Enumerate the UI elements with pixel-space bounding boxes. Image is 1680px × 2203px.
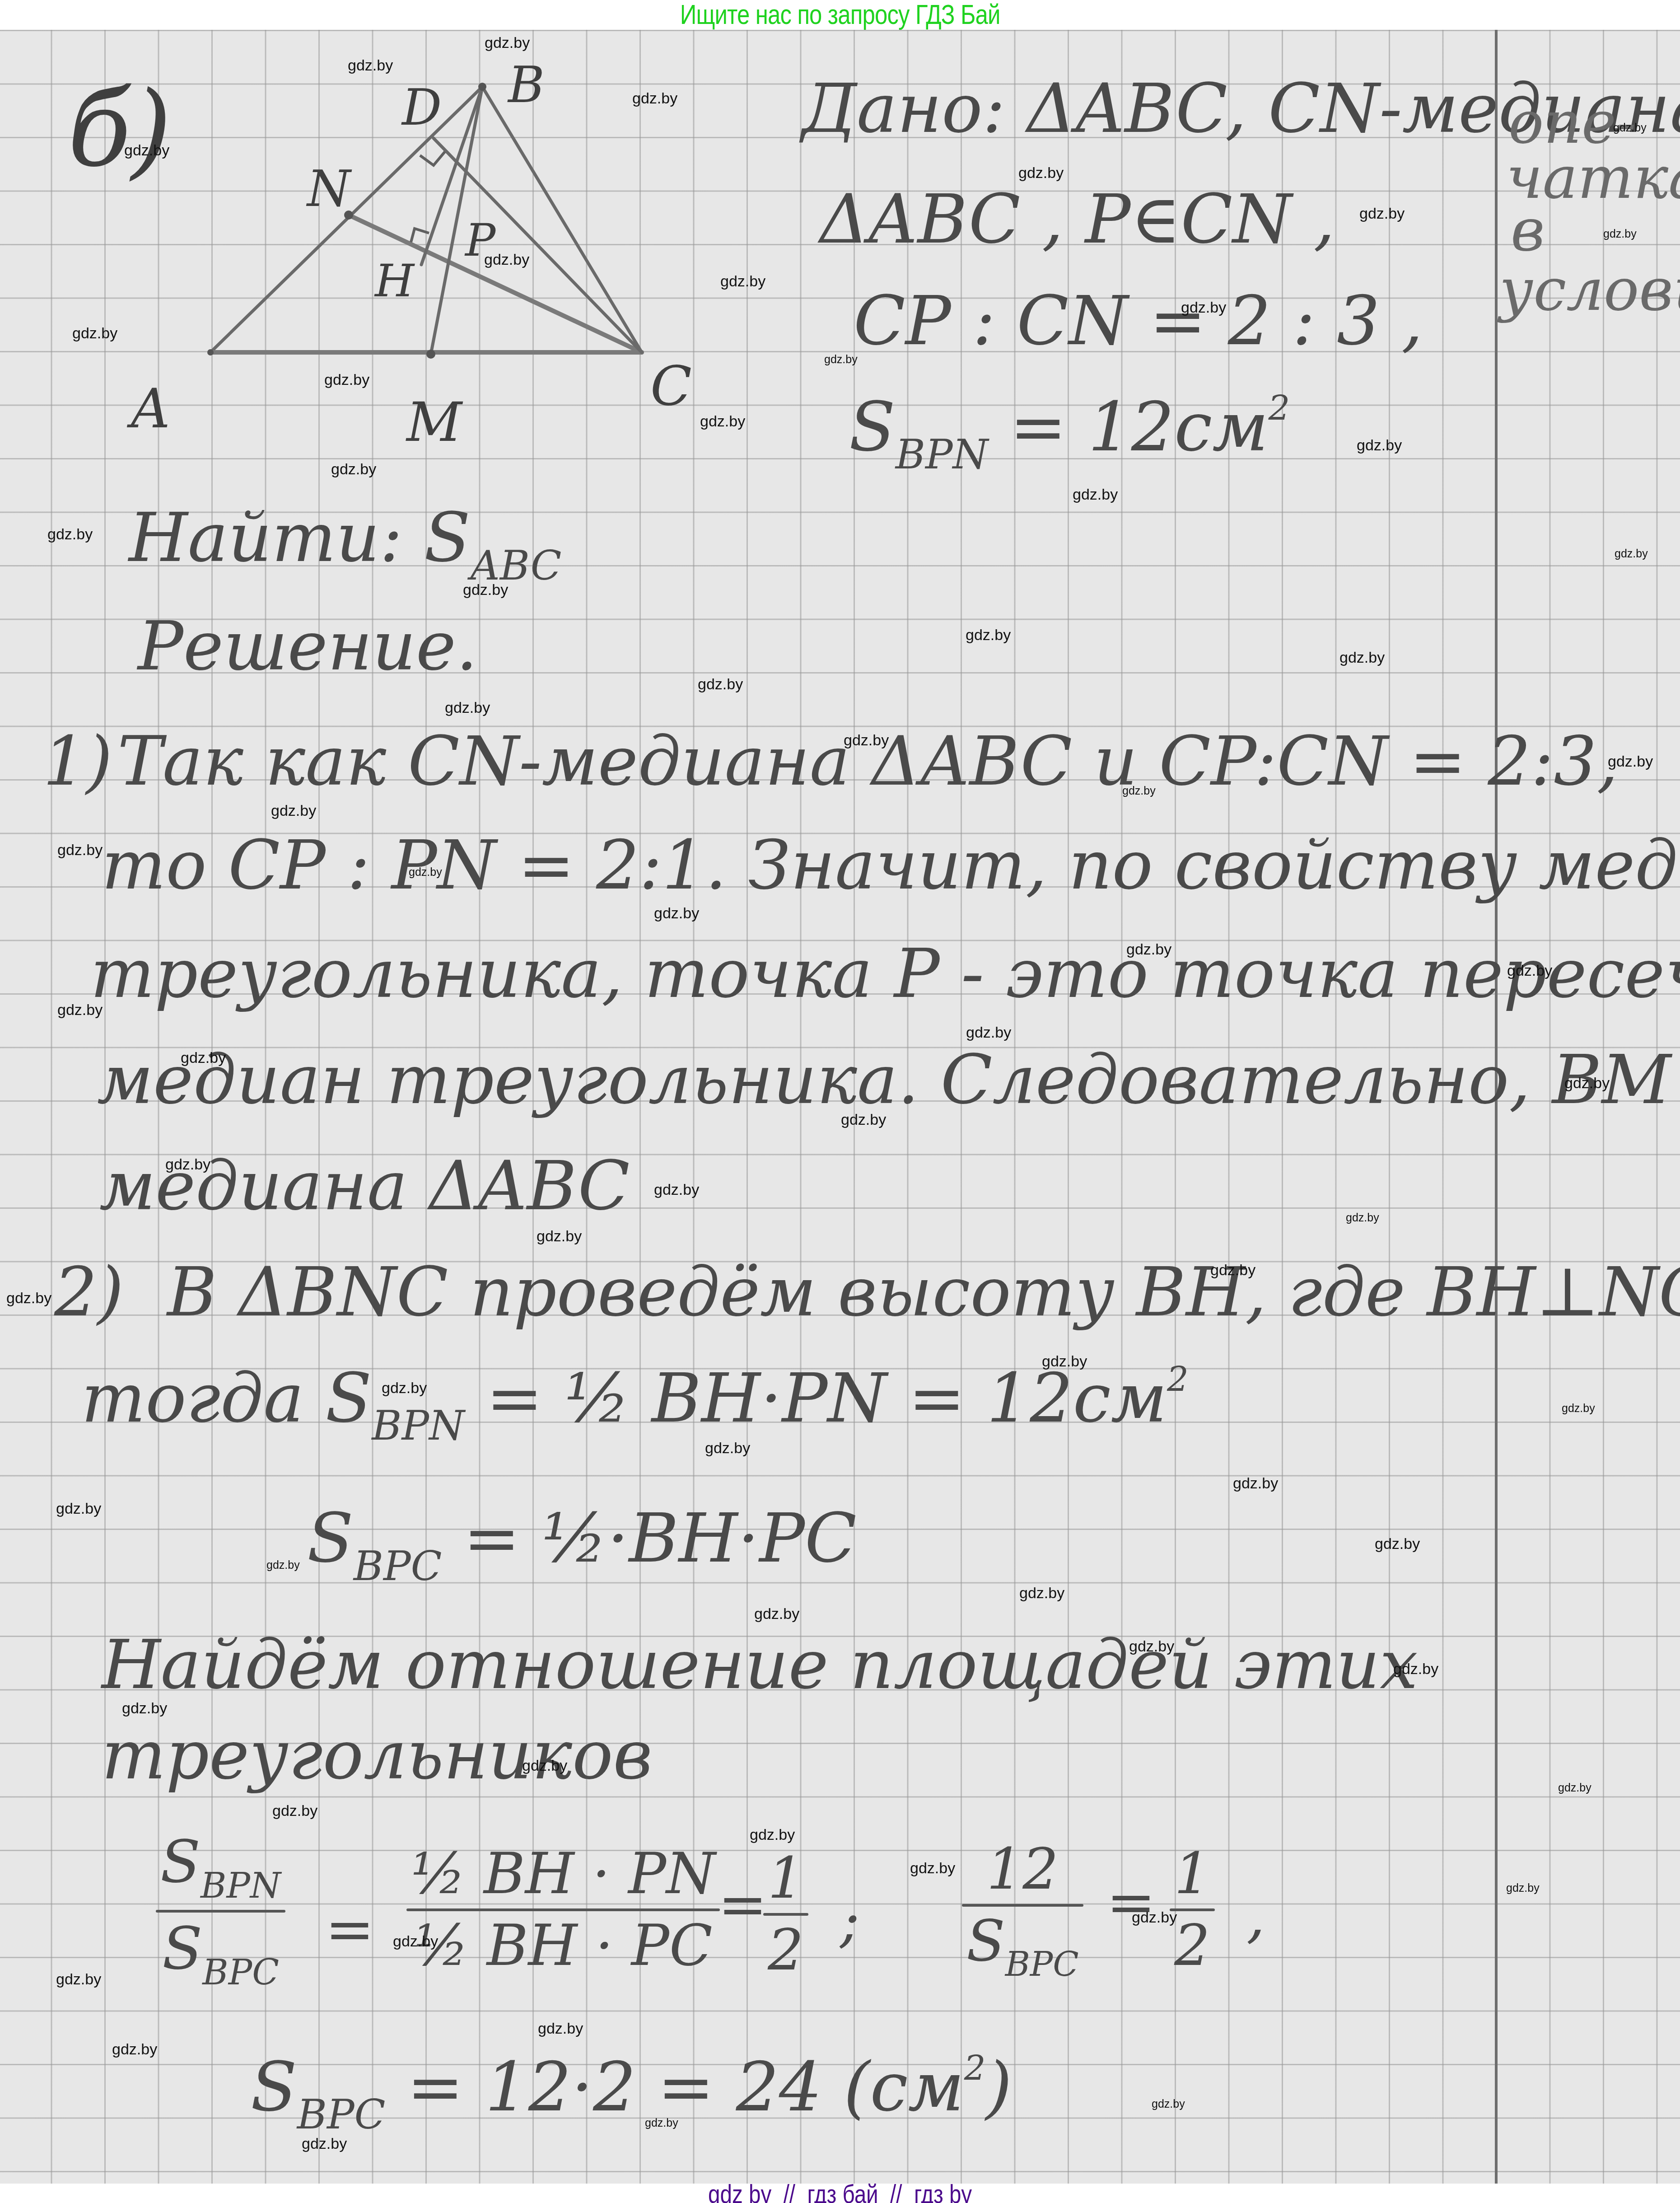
watermark: gdz.by: [1506, 1883, 1540, 1894]
watermark: gdz.by: [272, 1803, 317, 1819]
watermark: gdz.by: [1073, 487, 1118, 502]
watermark: gdz.by: [57, 1002, 103, 1018]
label-N: N: [306, 160, 352, 218]
watermark: gdz.by: [632, 91, 677, 106]
given-line-3: CP : CN = 2 : 3 ,: [854, 287, 1423, 355]
watermark: gdz.by: [720, 274, 765, 289]
watermark: gdz.by: [910, 1861, 955, 1876]
watermark: gdz.by: [382, 1380, 427, 1396]
watermark: gdz.by: [165, 1157, 210, 1172]
given-line-4: SBPN = 12см2: [849, 391, 1290, 475]
watermark: gdz.by: [698, 677, 743, 692]
watermark: gdz.by: [1564, 1076, 1610, 1091]
bottom-banner: gdz by // гдз бай // гдз by: [0, 2184, 1680, 2203]
watermark: gdz.by: [1126, 942, 1171, 957]
watermark: gdz.by: [1152, 2099, 1185, 2110]
watermark: gdz.by: [271, 803, 316, 819]
task-label: б): [68, 70, 172, 190]
top-banner-text: Ищите нас по запросу ГДЗ Бай: [680, 0, 1000, 30]
watermark: gdz.by: [538, 2021, 583, 2036]
equals-sign-1: =: [325, 1900, 374, 1959]
watermark: gdz.by: [700, 414, 745, 429]
watermark: gdz.by: [537, 1229, 582, 1244]
label-M: M: [406, 391, 463, 454]
watermark: gdz.by: [463, 582, 508, 598]
equals-sign-2: =: [718, 1875, 767, 1934]
point-B: [478, 83, 486, 91]
solution-heading: Решение.: [138, 613, 477, 680]
watermark: gdz.by: [844, 733, 889, 748]
label-H: H: [374, 254, 415, 307]
watermark: gdz.by: [445, 700, 490, 716]
watermark: gdz.by: [112, 2042, 157, 2057]
right-angle-H: [411, 229, 429, 242]
step-2-line-5: треугольников: [102, 1721, 653, 1789]
given-line-2: ΔABC , P∈CN ,: [820, 186, 1335, 253]
label-D: D: [401, 79, 442, 136]
bottom-banner-text: gdz by // гдз бай // гдз by: [708, 2184, 972, 2203]
point-M: [426, 350, 435, 359]
side-BC: [482, 87, 642, 352]
watermark: gdz.by: [56, 1972, 101, 1987]
watermark: gdz.by: [966, 1025, 1011, 1040]
watermark: gdz.by: [1018, 165, 1064, 181]
final-result: SBPC = 12·2 = 24 (см2): [251, 2051, 1012, 2135]
watermark: gdz.by: [966, 627, 1011, 643]
watermark: gdz.by: [1357, 438, 1402, 453]
watermark: gdz.by: [654, 1182, 699, 1197]
watermark: gdz.by: [1233, 1476, 1278, 1491]
watermark: gdz.by: [1129, 1639, 1174, 1654]
step-2-line-3: SBPC = ½·BH·PC: [307, 1505, 857, 1587]
step-1-line-4: медиан треугольника. Следовательно, BM -: [97, 1046, 1680, 1114]
watermark: gdz.by: [1339, 650, 1385, 665]
watermark: gdz.by: [1122, 786, 1156, 797]
watermark: gdz.by: [1608, 754, 1653, 769]
separator: ;: [840, 1891, 860, 1950]
watermark: gdz.by: [1019, 1586, 1064, 1601]
label-A: A: [126, 378, 170, 440]
step-1-line-3: треугольника, точка P - это точка пересе…: [90, 940, 1680, 1008]
top-banner: Ищите нас по запросу ГДЗ Бай: [0, 0, 1680, 30]
watermark: gdz.by: [181, 1050, 226, 1066]
watermark: gdz.by: [6, 1291, 51, 1306]
right-angle-D: [420, 152, 445, 165]
watermark: gdz.by: [485, 35, 530, 51]
watermark: gdz.by: [1132, 1910, 1177, 1925]
watermark: gdz.by: [348, 58, 393, 73]
watermark: gdz.by: [331, 462, 376, 477]
watermark: gdz.by: [705, 1441, 750, 1456]
watermark: gdz.by: [754, 1606, 799, 1622]
watermark: gdz.by: [1507, 963, 1552, 978]
watermark: gdz.by: [1181, 300, 1226, 315]
watermark: gdz.by: [484, 252, 529, 267]
watermark: gdz.by: [841, 1112, 886, 1127]
watermark: gdz.by: [1210, 1263, 1255, 1278]
watermark: gdz.by: [122, 1701, 167, 1716]
point-A: [207, 349, 214, 355]
watermark: gdz.by: [302, 2136, 347, 2152]
watermark: gdz.by: [72, 326, 117, 341]
margin-note-3: в: [1511, 201, 1545, 259]
step-2-line-4: Найдём отношение площадей этих: [102, 1631, 1418, 1699]
watermark: gdz.by: [1613, 122, 1647, 134]
watermark: gdz.by: [57, 842, 103, 858]
watermark: gdz.by: [824, 354, 858, 365]
watermark: gdz.by: [1615, 548, 1648, 560]
watermark: gdz.by: [1558, 1782, 1591, 1794]
fraction-area-ratio: SBPN SBPC: [156, 1832, 285, 1990]
watermark: gdz.by: [324, 372, 369, 388]
watermark: gdz.by: [645, 2118, 678, 2129]
margin-note-4: условии: [1499, 260, 1680, 319]
watermark: gdz.by: [393, 1934, 438, 1949]
fraction-one-half-a: 1 2: [763, 1850, 808, 1978]
watermark: gdz.by: [1346, 1212, 1379, 1224]
step-1-line-2: то CP : PN = 2:1. Значит, по свойству ме…: [102, 832, 1680, 899]
watermark: gdz.by: [47, 527, 93, 542]
step-2-number: 2): [54, 1258, 124, 1326]
label-C: C: [650, 355, 692, 418]
step-1-number: 1): [43, 728, 112, 795]
watermark: gdz.by: [1359, 206, 1405, 221]
watermark: gdz.by: [1042, 1354, 1087, 1369]
watermark: gdz.by: [124, 143, 169, 158]
line-end-comma: ,: [1246, 1886, 1265, 1945]
fraction-twelve-over-s: 12 SBPC: [962, 1841, 1083, 1981]
notebook-page: б) D B N H P A M C Дано: ΔABC, CN-медиан…: [0, 30, 1680, 2184]
watermark: gdz.by: [1603, 229, 1637, 240]
step-2-line-1: В ΔBNC проведём высоту BH, где BH⊥NC,: [167, 1258, 1680, 1326]
watermark: gdz.by: [266, 1560, 300, 1571]
watermark: gdz.by: [56, 1501, 101, 1516]
watermark: gdz.by: [522, 1758, 567, 1773]
find-line: Найти: SABC: [129, 504, 561, 586]
label-B: B: [507, 56, 545, 114]
watermark: gdz.by: [654, 906, 699, 921]
watermark: gdz.by: [1562, 1403, 1595, 1414]
watermark: gdz.by: [409, 867, 442, 878]
watermark: gdz.by: [1375, 1536, 1420, 1552]
fraction-half-products: ½ BH · PN ½ BH · PC: [406, 1846, 720, 1974]
watermark: gdz.by: [1393, 1661, 1438, 1677]
watermark: gdz.by: [750, 1827, 795, 1843]
step-2-line-2: тогда SBPN = ½ BH·PN = 12см2: [81, 1362, 1189, 1446]
